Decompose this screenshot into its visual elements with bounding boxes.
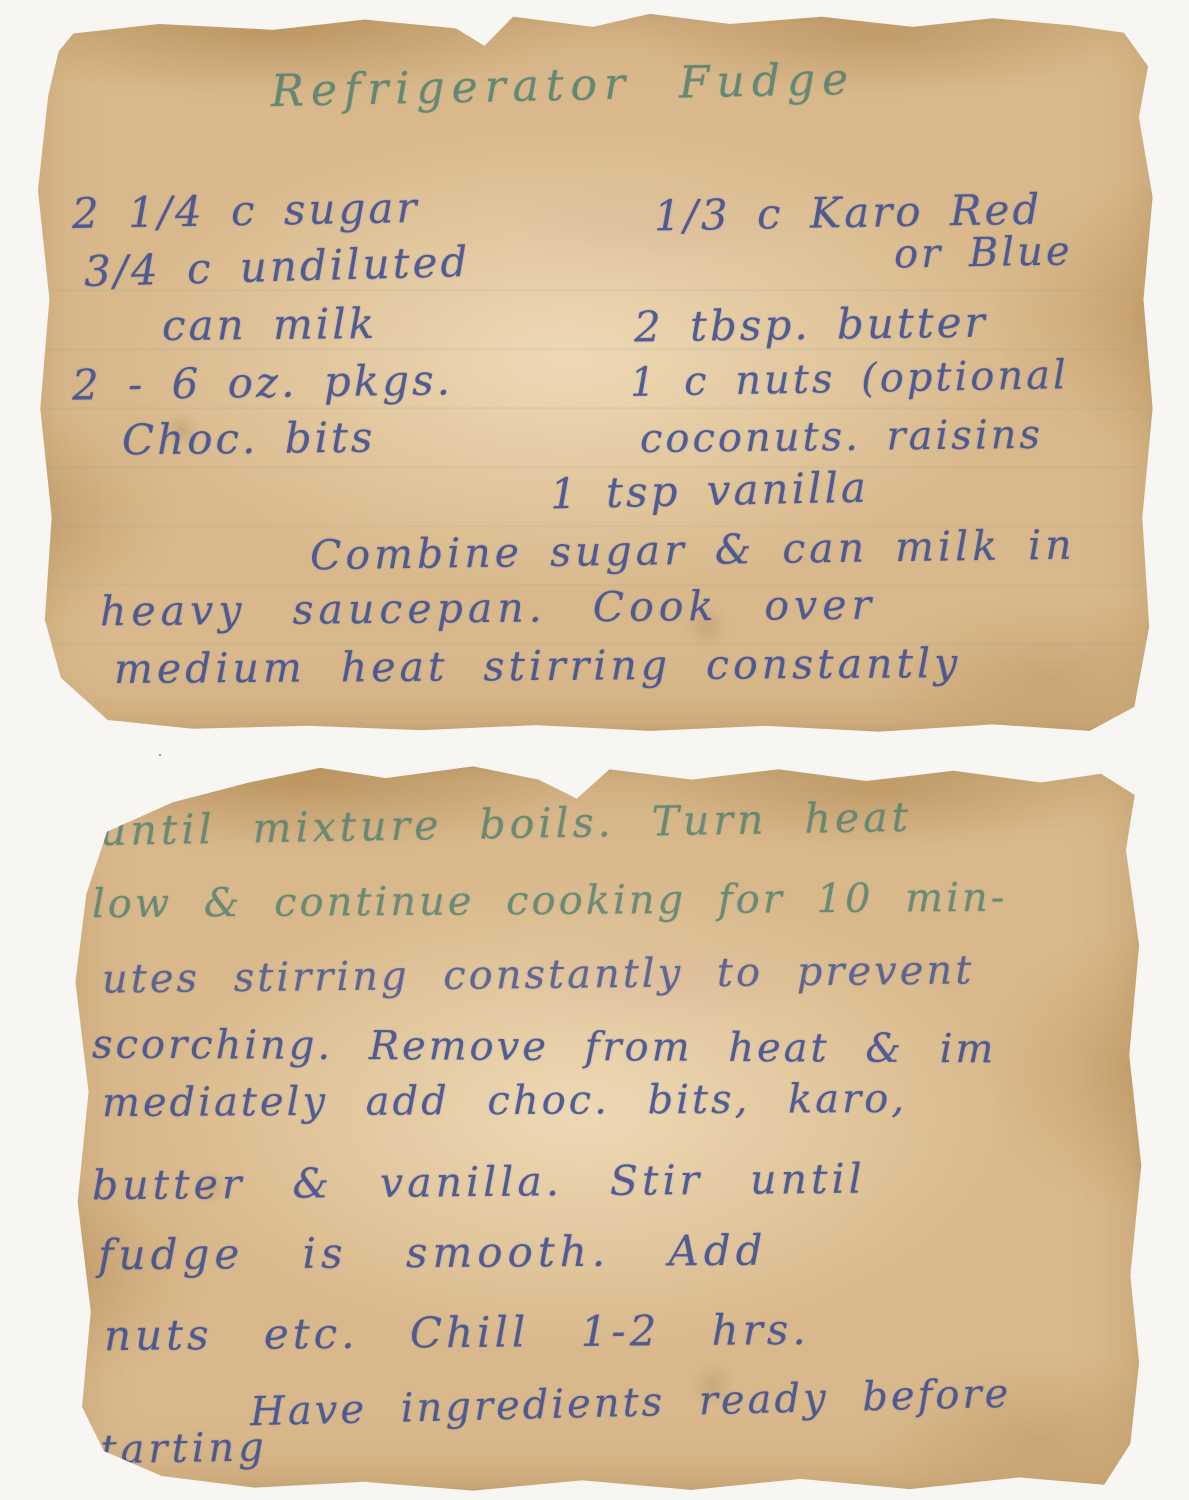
- scanned-recipe-page: { "card_front": { "title": "Refrigerator…: [0, 0, 1189, 1500]
- ingredient-line: 1 c nuts (optional: [630, 352, 1070, 406]
- recipe-title: Refrigerator Fudge: [22, 49, 1105, 123]
- ingredient-line: or Blue: [894, 228, 1073, 277]
- instruction-line: utes stirring constantly to prevent: [102, 947, 975, 1002]
- instruction-line: nuts etc. Chill 1-2 hrs.: [104, 1305, 810, 1360]
- ingredient-line: can milk: [162, 299, 378, 350]
- instruction-line: mediately add choc. bits, karo,: [102, 1076, 907, 1126]
- ingredient-line: 1 tsp vanilla: [550, 463, 870, 519]
- ingredient-line: 2 tbsp. butter: [634, 298, 988, 352]
- instruction-line: fudge is smooth. Add: [98, 1226, 768, 1280]
- instruction-line: butter & vanilla. Stir until: [92, 1155, 866, 1210]
- instruction-line: scorching. Remove from heat & im: [92, 1022, 997, 1073]
- recipe-card-front: Refrigerator Fudge 2 1/4 c sugar 3/4 c u…: [22, 8, 1164, 736]
- ingredient-line: coconuts. raisins: [640, 412, 1043, 462]
- instruction-line: low & continue cooking for 10 min-: [92, 875, 1007, 927]
- ingredient-line: Choc. bits: [122, 413, 376, 465]
- instruction-line: medium heat stirring constantly: [114, 639, 962, 693]
- instruction-line: Have ingredients ready before: [250, 1371, 1012, 1436]
- ingredient-line: 2 - 6 oz. pkgs.: [72, 355, 454, 409]
- instruction-line: Combine sugar & can milk in: [310, 521, 1076, 580]
- ingredient-line: 2 1/4 c sugar: [72, 183, 420, 238]
- recipe-card-back: until mixture boils. Turn heat low & con…: [58, 762, 1150, 1495]
- instruction-line: starting: [76, 1424, 269, 1473]
- instruction-line: until mixture boils. Turn heat: [100, 793, 913, 855]
- instruction-line: heavy saucepan. Cook over: [100, 581, 876, 636]
- ingredient-line: 3/4 c undiluted: [83, 237, 470, 296]
